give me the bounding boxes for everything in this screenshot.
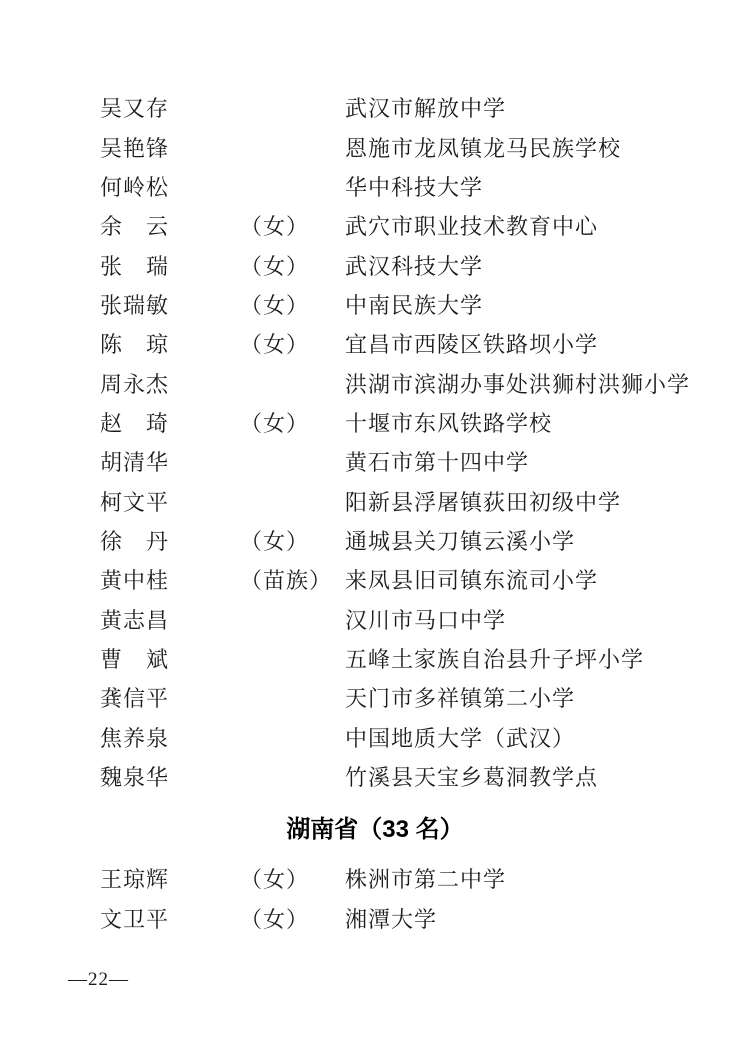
person-name: 魏泉华 xyxy=(100,761,240,792)
person-name: 吴艳锋 xyxy=(100,132,240,163)
person-name: 王琼辉 xyxy=(100,863,240,894)
person-note: （女） xyxy=(240,863,345,894)
roster-row: 周永杰 洪湖市滨湖办事处洪狮村洪狮小学 xyxy=(0,363,750,402)
person-school: 十堰市东风铁路学校 xyxy=(345,407,750,438)
person-school: 武穴市职业技术教育中心 xyxy=(345,210,750,241)
person-school: 恩施市龙凤镇龙马民族学校 xyxy=(345,132,750,163)
roster-row: 王琼辉 （女） 株洲市第二中学 xyxy=(0,859,750,898)
roster-row: 何岭松 华中科技大学 xyxy=(0,167,750,206)
person-name: 陈 琼 xyxy=(100,328,240,359)
person-school: 株洲市第二中学 xyxy=(345,863,750,894)
person-note: （女） xyxy=(240,250,345,281)
person-name: 何岭松 xyxy=(100,171,240,202)
roster-row: 柯文平 阳新县浮屠镇荻田初级中学 xyxy=(0,481,750,520)
person-name: 徐 丹 xyxy=(100,525,240,556)
person-school: 汉川市马口中学 xyxy=(345,604,750,635)
person-note: （女） xyxy=(240,903,345,934)
person-note: （苗族） xyxy=(240,564,345,595)
person-school: 阳新县浮屠镇荻田初级中学 xyxy=(345,486,750,517)
person-name: 龚信平 xyxy=(100,682,240,713)
person-school: 华中科技大学 xyxy=(345,171,750,202)
page-number: —22— xyxy=(68,969,129,991)
roster-row: 张 瑞 （女） 武汉科技大学 xyxy=(0,245,750,284)
province-section-hubei-continued: 吴又存 武汉市解放中学 吴艳锋 恩施市龙凤镇龙马民族学校 何岭松 华中科技大学 … xyxy=(0,88,750,796)
person-school: 武汉市解放中学 xyxy=(345,92,750,123)
person-name: 曹 斌 xyxy=(100,643,240,674)
recipient-roster: 吴又存 武汉市解放中学 吴艳锋 恩施市龙凤镇龙马民族学校 何岭松 华中科技大学 … xyxy=(0,88,750,938)
person-school: 天门市多祥镇第二小学 xyxy=(345,682,750,713)
person-note: （女） xyxy=(240,210,345,241)
roster-row: 赵 琦 （女） 十堰市东风铁路学校 xyxy=(0,403,750,442)
person-name: 余 云 xyxy=(100,210,240,241)
roster-row: 胡清华 黄石市第十四中学 xyxy=(0,442,750,481)
roster-row: 吴艳锋 恩施市龙凤镇龙马民族学校 xyxy=(0,127,750,166)
person-school: 竹溪县天宝乡葛洞教学点 xyxy=(345,761,750,792)
person-name: 黄中桂 xyxy=(100,564,240,595)
person-name: 文卫平 xyxy=(100,903,240,934)
person-name: 柯文平 xyxy=(100,486,240,517)
person-school: 武汉科技大学 xyxy=(345,250,750,281)
person-note: （女） xyxy=(240,328,345,359)
person-note: （女） xyxy=(240,407,345,438)
roster-row: 余 云 （女） 武穴市职业技术教育中心 xyxy=(0,206,750,245)
roster-row: 黄志昌 汉川市马口中学 xyxy=(0,599,750,638)
person-school: 五峰土家族自治县升子坪小学 xyxy=(345,643,750,674)
person-name: 胡清华 xyxy=(100,446,240,477)
person-name: 张瑞敏 xyxy=(100,289,240,320)
person-name: 焦养泉 xyxy=(100,722,240,753)
person-school: 洪湖市滨湖办事处洪狮村洪狮小学 xyxy=(345,368,750,399)
person-name: 赵 琦 xyxy=(100,407,240,438)
roster-row: 张瑞敏 （女） 中南民族大学 xyxy=(0,285,750,324)
person-school: 来凤县旧司镇东流司小学 xyxy=(345,564,750,595)
person-school: 中国地质大学（武汉） xyxy=(345,722,750,753)
person-note: （女） xyxy=(240,525,345,556)
roster-row: 焦养泉 中国地质大学（武汉） xyxy=(0,718,750,757)
roster-row: 魏泉华 竹溪县天宝乡葛洞教学点 xyxy=(0,757,750,796)
person-school: 中南民族大学 xyxy=(345,289,750,320)
roster-row: 徐 丹 （女） 通城县关刀镇云溪小学 xyxy=(0,521,750,560)
person-name: 黄志昌 xyxy=(100,604,240,635)
person-name: 吴又存 xyxy=(100,92,240,123)
province-section-heading-hunan: 湖南省（33 名） xyxy=(0,810,750,849)
roster-row: 陈 琼 （女） 宜昌市西陵区铁路坝小学 xyxy=(0,324,750,363)
person-school: 宜昌市西陵区铁路坝小学 xyxy=(345,328,750,359)
roster-row: 吴又存 武汉市解放中学 xyxy=(0,88,750,127)
roster-row: 文卫平 （女） 湘潭大学 xyxy=(0,899,750,938)
province-section-hunan: 王琼辉 （女） 株洲市第二中学 文卫平 （女） 湘潭大学 xyxy=(0,859,750,938)
person-school: 湘潭大学 xyxy=(345,903,750,934)
person-school: 黄石市第十四中学 xyxy=(345,446,750,477)
person-school: 通城县关刀镇云溪小学 xyxy=(345,525,750,556)
person-name: 张 瑞 xyxy=(100,250,240,281)
person-name: 周永杰 xyxy=(100,368,240,399)
document-page: 吴又存 武汉市解放中学 吴艳锋 恩施市龙凤镇龙马民族学校 何岭松 华中科技大学 … xyxy=(0,0,750,1060)
roster-row: 黄中桂 （苗族） 来凤县旧司镇东流司小学 xyxy=(0,560,750,599)
roster-row: 龚信平 天门市多祥镇第二小学 xyxy=(0,678,750,717)
person-note: （女） xyxy=(240,289,345,320)
roster-row: 曹 斌 五峰土家族自治县升子坪小学 xyxy=(0,639,750,678)
